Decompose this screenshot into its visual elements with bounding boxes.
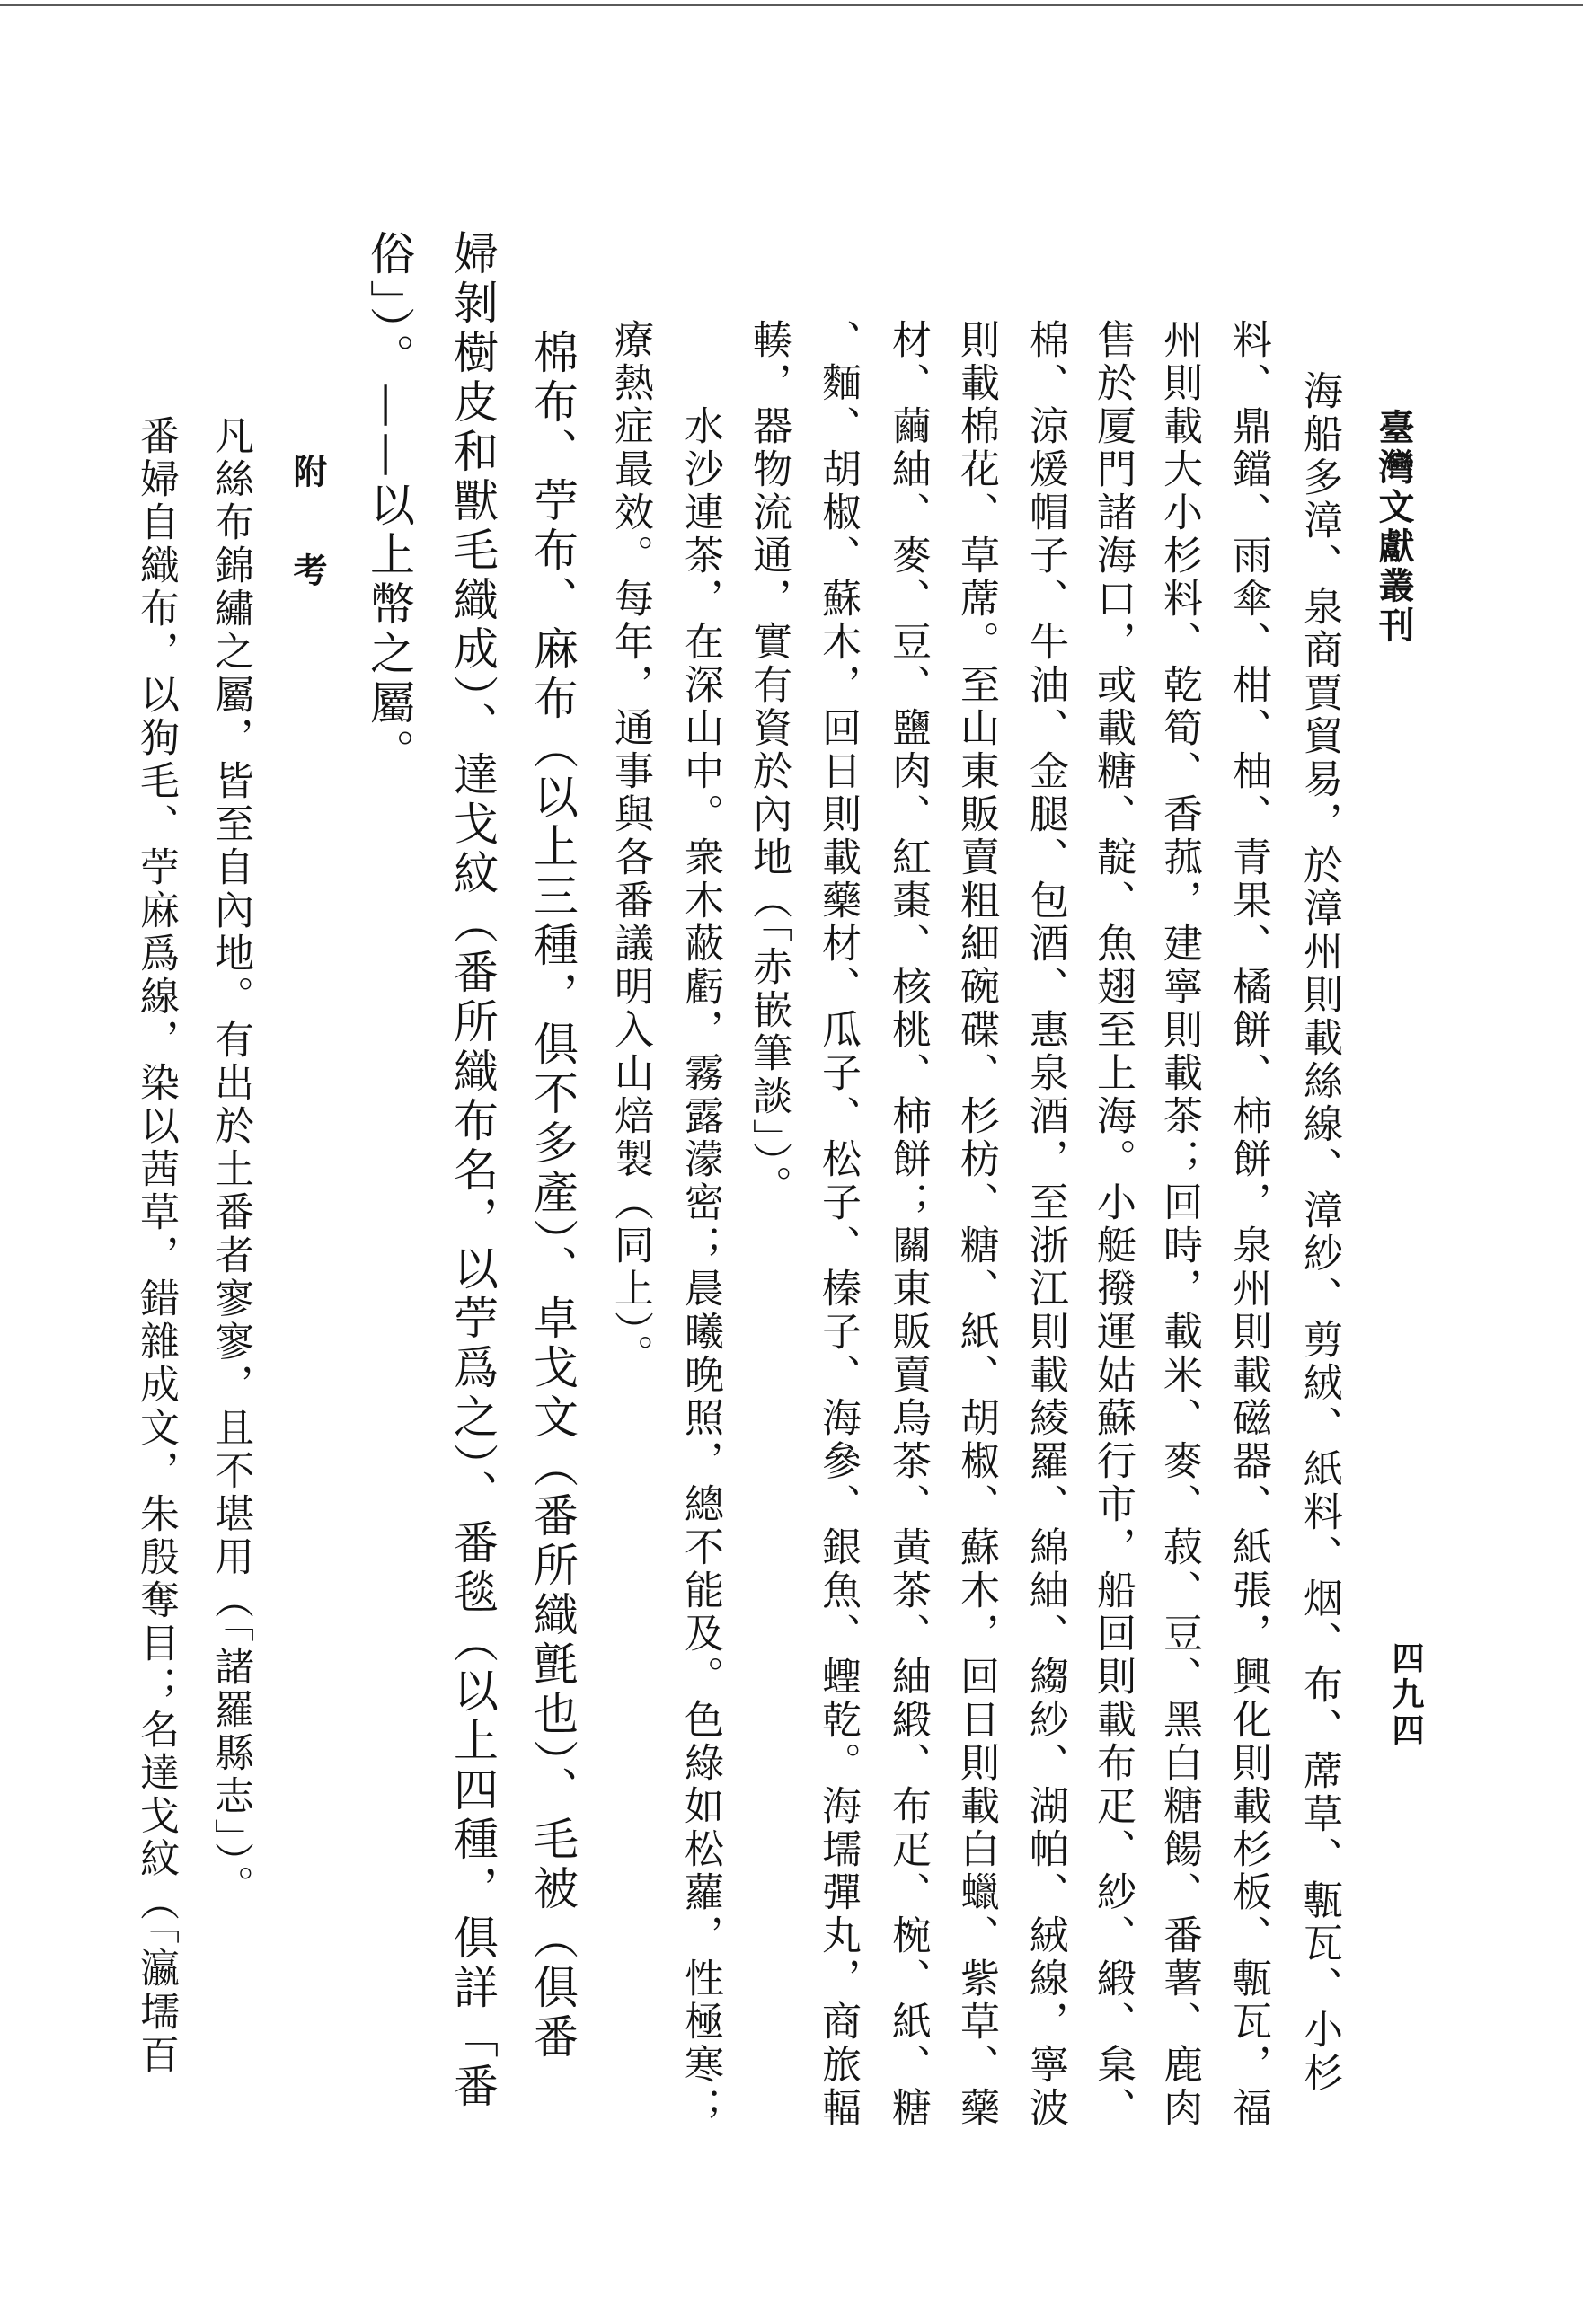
text-column: 輳，器物流通，實有資於內地（「赤嵌筆談」）。	[747, 319, 790, 1208]
text-column: 海船多漳、泉商賈貿易，於漳州則載絲線、漳紗、剪絨、紙料、烟、布、蓆草、甎瓦、小杉	[1297, 370, 1340, 2095]
top-border-line	[0, 4, 1583, 6]
text-column: 州則載大小杉料、乾筍、香菰，建寧則載茶；回時，載米、麥、菽、豆、黑白糖餳、番薯、…	[1157, 319, 1200, 2130]
text-column: 售於厦門諸海口，或載糖、靛、魚翅至上海。小艇撥運姑蘇行市，船回則載布疋、紗、緞、…	[1091, 319, 1134, 2130]
text-column: 棉、涼煖帽子、牛油、金腿、包酒、惠泉酒，至浙江則載綾羅、綿紬、縐紗、湖帕、絨線，…	[1023, 319, 1066, 2130]
text-column: 材、繭紬、麥、豆、鹽肉、紅棗、核桃、柿餅；關東販賣烏茶、黃茶、紬緞、布疋、椀、紙…	[886, 319, 929, 2130]
text-column: 水沙連茶，在深山中。衆木蔽虧，霧露濛密；晨曦晚照，總不能及。色綠如松蘿，性極寒；	[678, 405, 721, 2130]
text-column: 則載棉花、草蓆。至山東販賣粗細碗碟、杉枋、糖、紙、胡椒、蘇木，回日則載白蠟、紫草…	[954, 319, 997, 2130]
running-title: 臺灣文獻叢刊	[1372, 409, 1415, 646]
text-column: 婦剝樹皮和獸毛織成）、達戈紋（番所織布名，以苧爲之）、番毯（以上四種，俱詳「番	[447, 230, 497, 2112]
text-column: 俗」）。——以上幣之屬。	[364, 230, 413, 778]
page-number: 四九四	[1386, 1641, 1426, 1749]
text-column: 療熱症最效。每年，通事與各番議明入山焙製（同上）。	[608, 319, 651, 1377]
text-column: 凡絲布錦繡之屬，皆至自內地。有出於土番者寥寥，且不堪用（「諸羅縣志」）。	[208, 415, 252, 1908]
text-column: 、麵、胡椒、蘇木，回日則載藥材、瓜子、松子、榛子、海參、銀魚、蟶乾。海壖彈丸，商…	[816, 319, 859, 2130]
text-column: 料、鼎鐺、雨傘、柑、柚、青果、橘餅、柿餅，泉州則載磁器、紙張，興化則載杉板、甎瓦…	[1226, 319, 1269, 2130]
appendix-heading: 附考	[287, 454, 327, 651]
text-column: 番婦自織布，以狗毛、苧麻爲線，染以茜草，錯雜成文，朱殷奪目；名達戈紋（「瀛壖百	[134, 415, 177, 2077]
text-column: 棉布、苧布、麻布（以上三種，俱不多產）、卓戈文（番所織氈也）、毛被（俱番	[527, 329, 577, 2063]
book-page: 臺灣文獻叢刊 四九四 海船多漳、泉商賈貿易，於漳州則載絲線、漳紗、剪絨、紙料、烟…	[0, 0, 1583, 2324]
